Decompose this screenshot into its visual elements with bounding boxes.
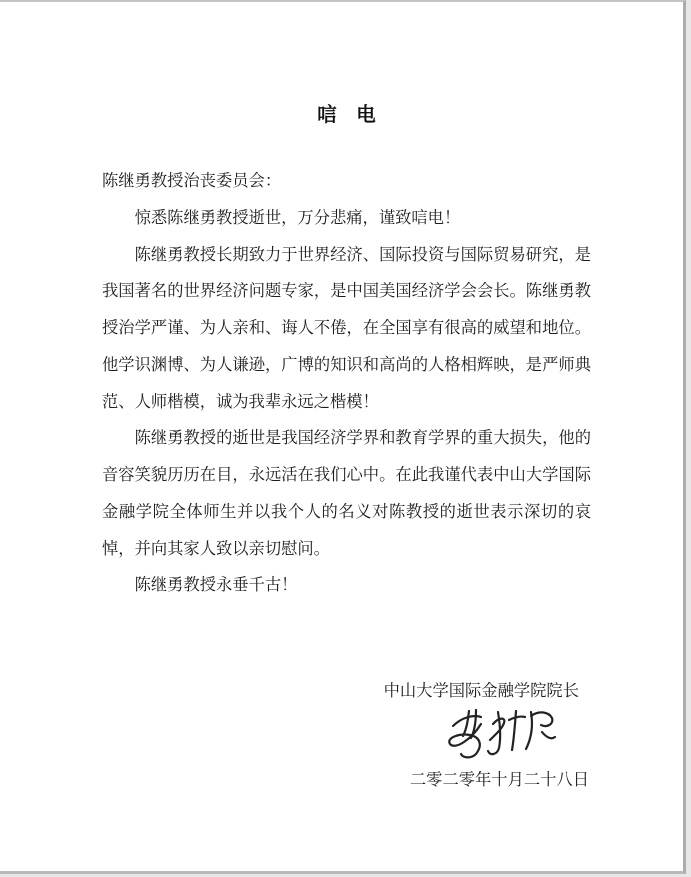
document-body: 陈继勇教授治丧委员会： 惊悉陈继勇教授逝世，万分悲痛，谨致唁电！ 陈继勇教授长期…: [102, 163, 591, 604]
signature-stroke: [526, 712, 555, 749]
handwritten-signature-image: [443, 703, 559, 763]
document-page: 唁 电 陈继勇教授治丧委员会： 惊悉陈继勇教授逝世，万分悲痛，谨致唁电！ 陈继勇…: [0, 0, 686, 874]
signature-stroke: [449, 710, 481, 757]
body-paragraph: 陈继勇教授永垂千古！: [102, 567, 591, 604]
signature-stroke: [488, 711, 525, 754]
document-title: 唁 电: [102, 101, 591, 129]
body-paragraph: 陈继勇教授长期致力于世界经济、国际投资与国际贸易研究，是我国著名的世界经济问题专…: [102, 237, 591, 421]
body-paragraph: 惊悉陈继勇教授逝世，万分悲痛，谨致唁电！: [102, 200, 591, 237]
signer-title-line: 中山大学国际金融学院院长: [102, 678, 591, 703]
body-paragraph: 陈继勇教授的逝世是我国经济学界和教育学界的重大损失，他的音容笑貌历历在目，永远活…: [102, 420, 591, 567]
salutation-line: 陈继勇教授治丧委员会：: [102, 163, 591, 200]
document-date: 二零二零年十月二十八日: [102, 767, 591, 792]
